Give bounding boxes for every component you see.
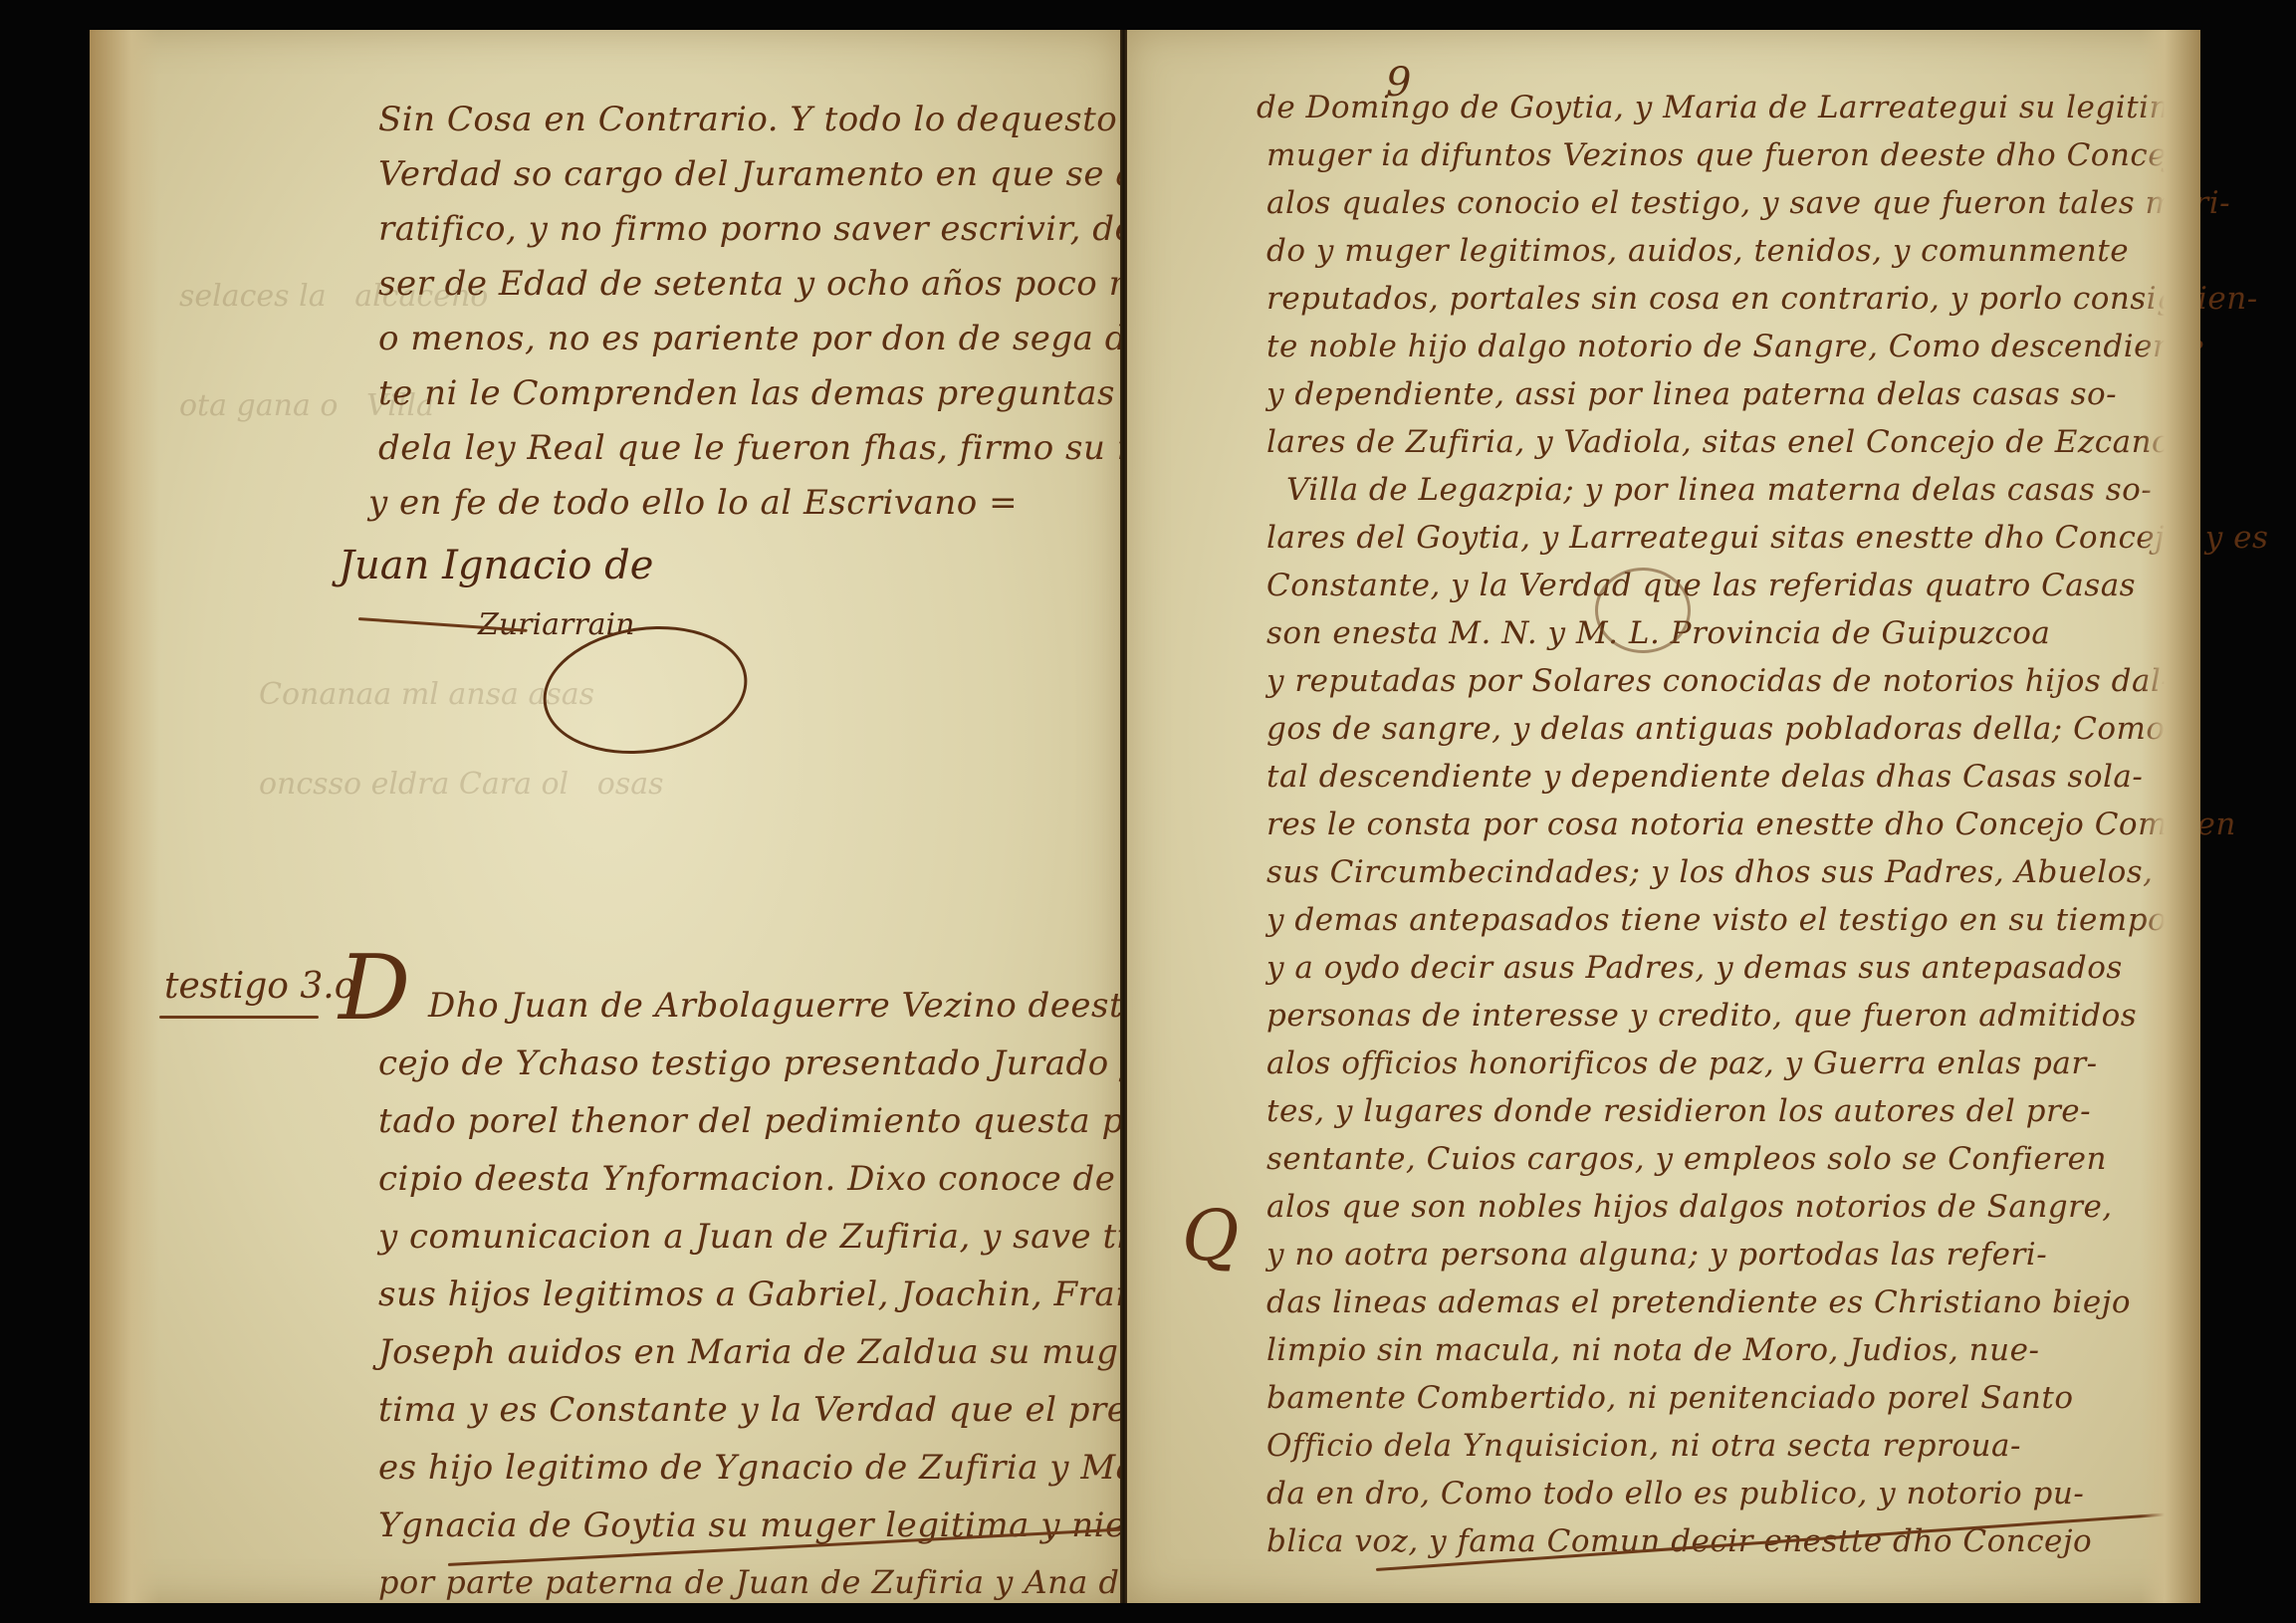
text-line: es hijo legitimo de Ygnacio de Zufiria y… [378, 1448, 1185, 1488]
text-line: tal descendiente y dependiente delas dha… [1266, 759, 2143, 795]
signature-name: Juan Ignacio de [339, 543, 653, 588]
text-line: alos officios honorificos de paz, y Guer… [1266, 1045, 2098, 1081]
text-line: y en fe de todo ello lo al Escrivano = [368, 483, 1018, 523]
text-line: das lineas ademas el pretendiente es Chr… [1266, 1284, 2131, 1320]
text-line: Joseph auidos en Maria de Zaldua su muge… [378, 1332, 1245, 1372]
text-line: de Domingo de Goytia, y Maria de Larreat… [1257, 90, 2197, 125]
text-line: sus Circumbecindades; y los dhos sus Pad… [1266, 854, 2154, 890]
text-line: muger ia difuntos Vezinos que fueron dee… [1266, 137, 2195, 173]
text-line: lares de Zufiria, y Vadiola, sitas enel … [1266, 424, 2181, 460]
book-spine [1120, 30, 1127, 1603]
right-page: 9 de Domingo de Goytia, y Maria de Larre… [1127, 30, 2200, 1603]
text-line: Constante, y la Verdad que las referidas… [1266, 568, 2136, 603]
text-line: por parte paterna de Juan de Zufiria y A… [378, 1563, 1139, 1601]
text-line: Officio dela Ynquisicion, ni otra secta … [1266, 1428, 2021, 1464]
margin-mark: Q [1182, 1195, 1239, 1276]
text-line: alos que son nobles hijos dalgos notorio… [1266, 1189, 2113, 1225]
text-line: y a oydo decir asus Padres, y demas sus … [1266, 950, 2123, 986]
text-line: do y muger legitimos, auidos, tenidos, y… [1266, 233, 2129, 269]
text-line: bamente Combertido, ni penitenciado pore… [1266, 1380, 2074, 1416]
text-line: personas de interesse y credito, que fue… [1266, 998, 2137, 1034]
margin-heading-witness: testigo 3.o [164, 966, 355, 1007]
text-line: y no aotra persona alguna; y portodas la… [1266, 1237, 2047, 1273]
text-line: te noble hijo dalgo notorio de Sangre, C… [1266, 329, 2204, 364]
text-line: dela ley Real que le fueron fhas, firmo … [378, 428, 1183, 468]
text-line: res le consta por cosa notoria enestte d… [1266, 807, 2236, 842]
margin-heading-underline [159, 1016, 319, 1019]
text-line: Dho Juan de Arbolaguerre Vezino deesta C… [428, 986, 1237, 1026]
text-line: gos de sangre, y delas antiguas poblador… [1266, 711, 2166, 747]
text-line: Villa de Legazpia; y por linea materna d… [1286, 472, 2152, 508]
ink-stain-ring [1595, 568, 1691, 653]
text-line: y demas antepasados tiene visto el testi… [1266, 902, 2178, 938]
text-line: reputados, portales sin cosa en contrari… [1266, 281, 2258, 317]
text-line: lares del Goytia, y Larreategui sitas en… [1266, 520, 2268, 556]
text-line: sentante, Cuios cargos, y empleos solo s… [1266, 1141, 2107, 1177]
bleed-through-text: oncsso eldra Cara ol osas [259, 767, 664, 802]
decorative-initial: D [339, 936, 410, 1041]
text-line: y reputadas por Solares conocidas de not… [1266, 663, 2172, 699]
text-line: da en dro, Como todo ello es publico, y … [1266, 1476, 2084, 1511]
text-line: limpio sin macula, ni nota de Moro, Judi… [1266, 1332, 2039, 1368]
text-line: Verdad so cargo del Juramento en que se … [378, 154, 1244, 194]
text-line: Sin Cosa en Contrario. Y todo lo dequest… [378, 100, 1211, 139]
text-line: y dependiente, assi por linea paterna de… [1266, 376, 2117, 412]
text-line: alos quales conocio el testigo, y save q… [1266, 185, 2230, 221]
text-line: ser de Edad de setenta y ocho años poco … [378, 264, 1180, 304]
text-line: te ni le Comprenden las demas preguntas … [378, 373, 1236, 413]
open-book: selaces la alcaceno ota gana o Villa Con… [90, 30, 2200, 1603]
text-line: ratifico, y no firmo porno saver escrivi… [378, 209, 1225, 249]
text-line: tes, y lugares donde residieron los auto… [1266, 1093, 2091, 1129]
left-page: selaces la alcaceno ota gana o Villa Con… [90, 30, 1120, 1603]
